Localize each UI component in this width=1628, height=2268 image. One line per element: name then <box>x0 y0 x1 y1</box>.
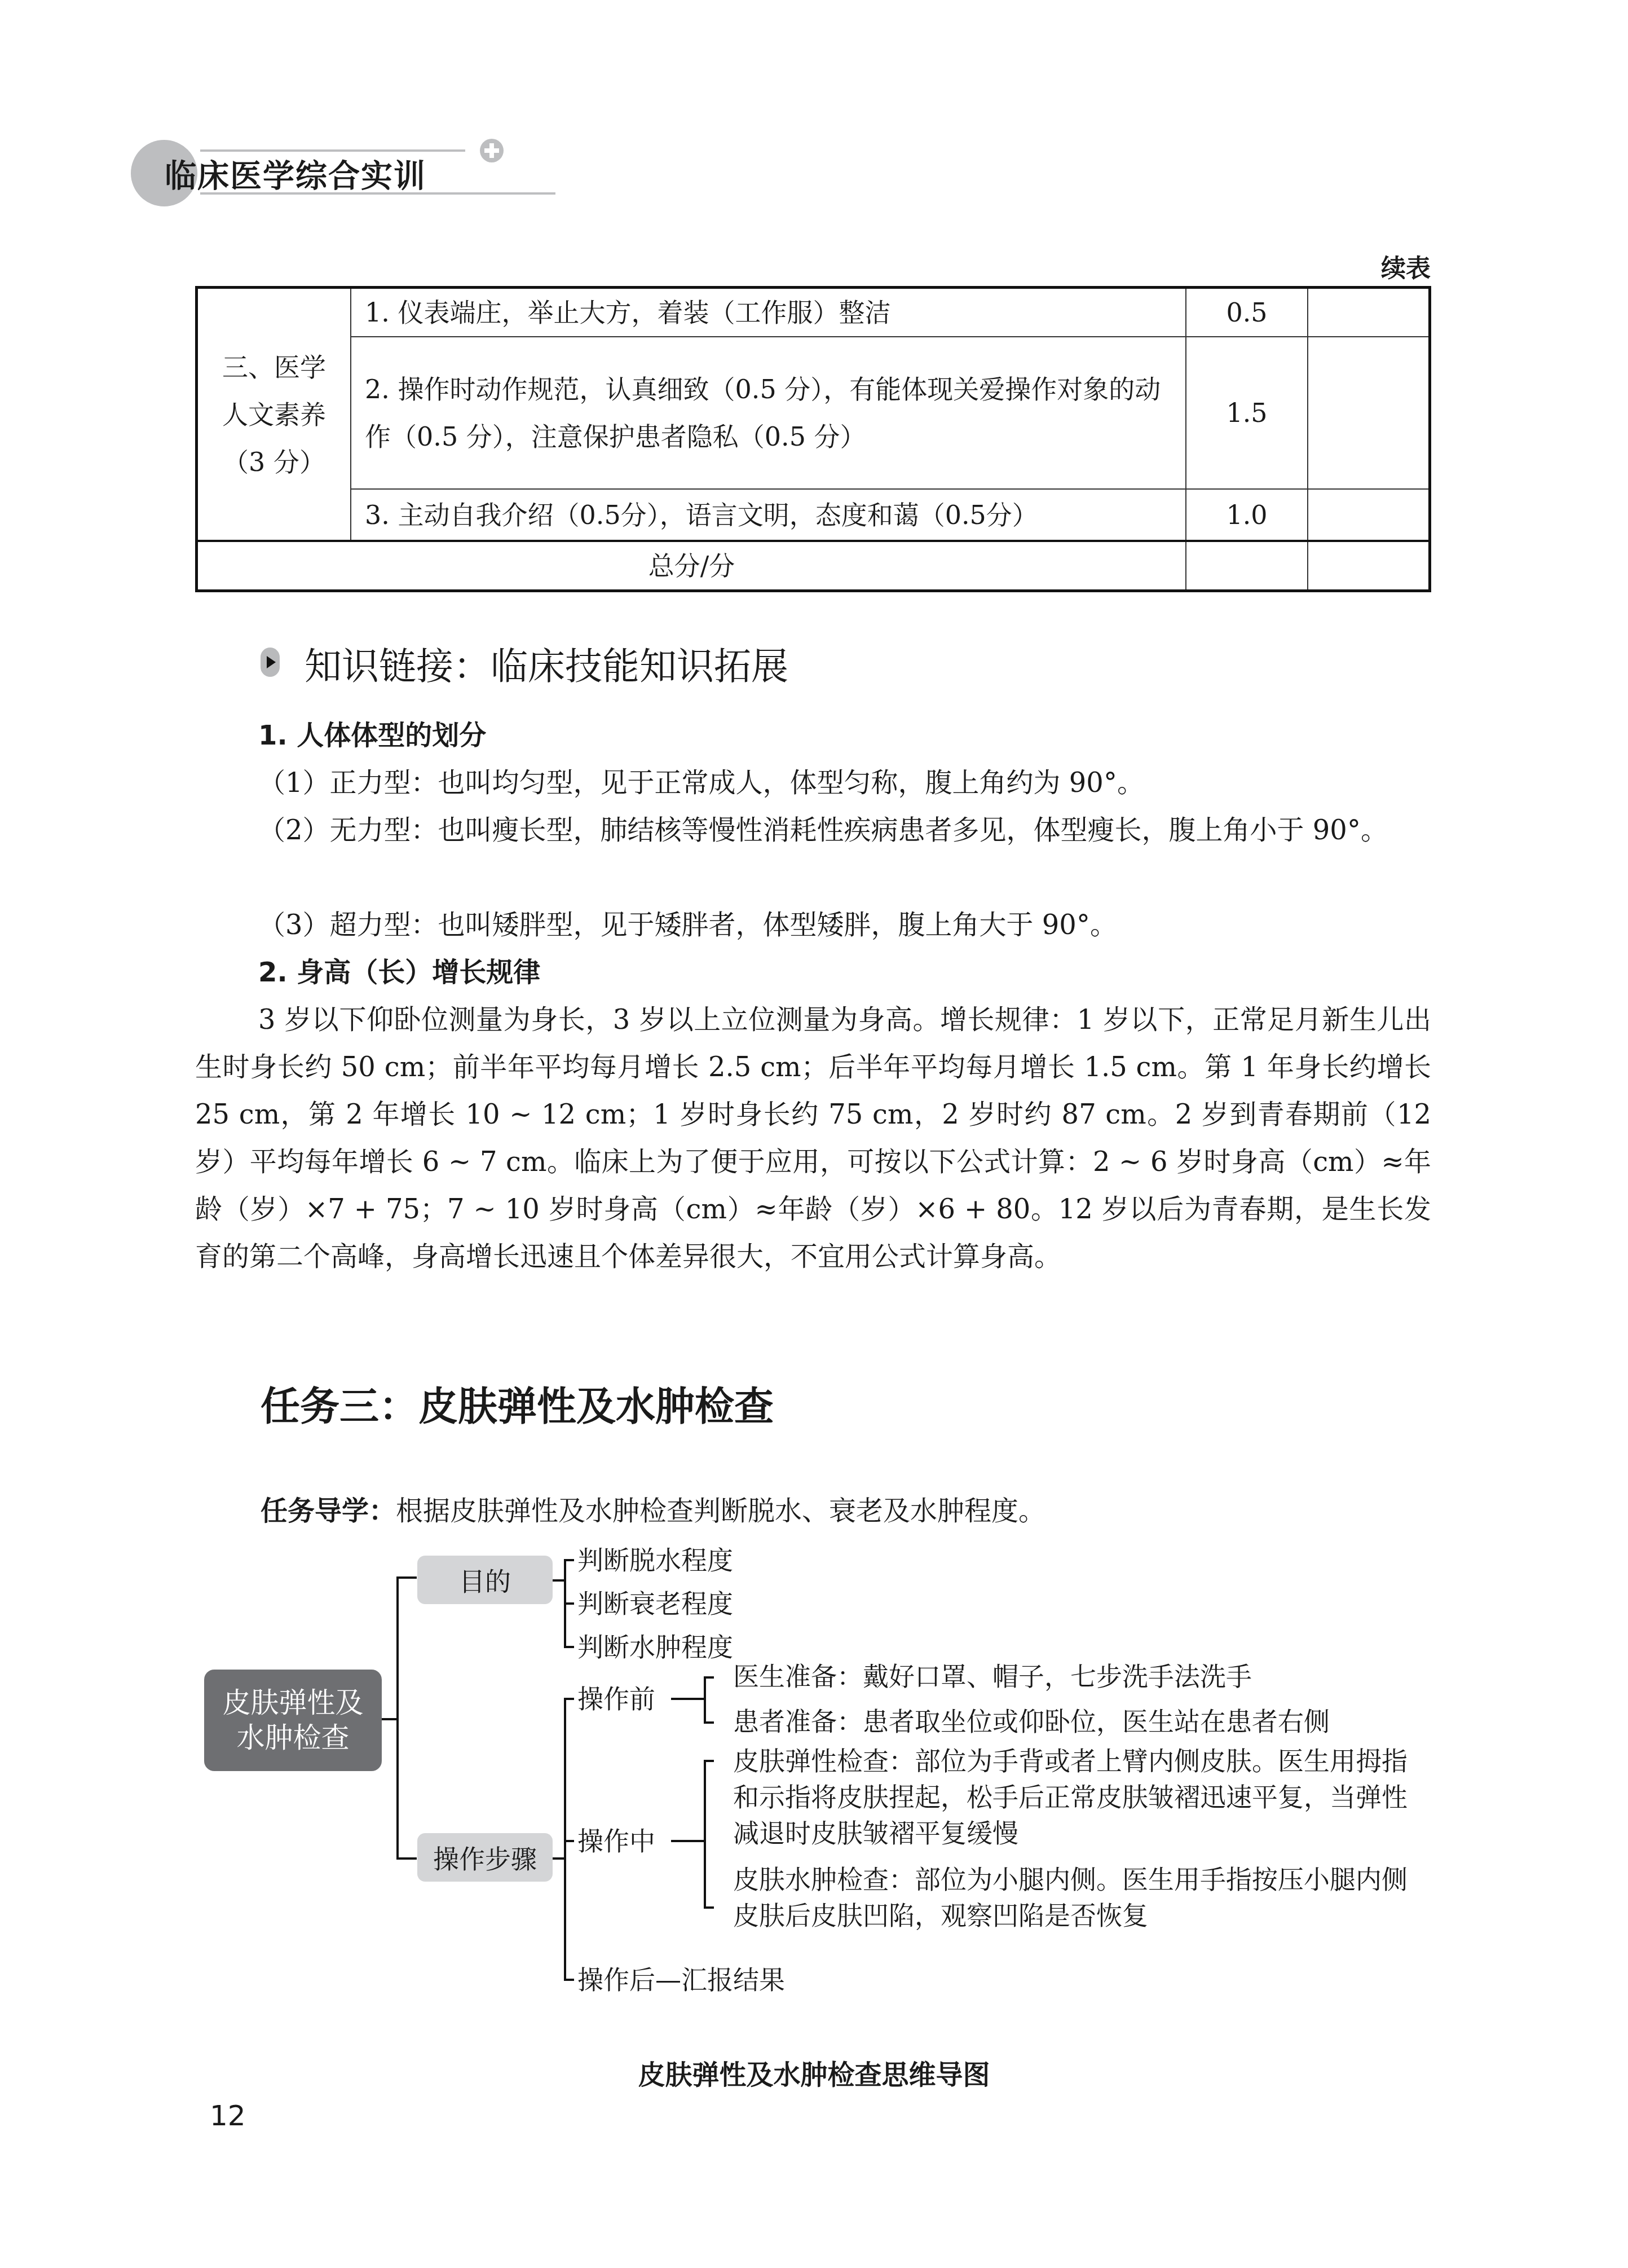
connector <box>564 1698 566 1981</box>
step-before-label: 操作前 <box>577 1681 655 1717</box>
root-line: 水肿检查 <box>223 1720 364 1755</box>
connector <box>564 1840 574 1842</box>
mindmap-branch-steps: 操作步骤 <box>417 1833 553 1882</box>
total-row: 总分/分 <box>197 541 1430 591</box>
connector <box>704 1760 706 1909</box>
total-score-cell <box>1186 541 1308 591</box>
connector <box>671 1840 705 1842</box>
connector <box>553 1857 565 1860</box>
mindmap-root-node: 皮肤弹性及 水肿检查 <box>204 1670 382 1771</box>
table-row: 3. 主动自我介绍（0.5分），语言文明，态度和蔼（0.5分） 1.0 <box>197 489 1430 541</box>
connector <box>382 1718 398 1720</box>
step-during-item: 皮肤水肿检查：部位为小腿内侧。医生用手指按压小腿内侧皮肤后皮肤凹陷，观察凹陷是否… <box>733 1861 1432 1934</box>
item-cell: 1. 仪表端庄，举止大方，着装（工作服）整洁 <box>351 288 1186 337</box>
book-title: 临床医学综合实训 <box>165 151 426 196</box>
category-line: 人文素养 <box>204 391 345 438</box>
section-heading: 2. 身高（长）增长规律 <box>258 949 1494 996</box>
category-line: 三、医学 <box>204 343 345 391</box>
task-guide-label: 任务导学： <box>261 1495 396 1527</box>
body-paragraph: （3）超力型：也叫矮胖型，见于矮胖者，体型矮胖，腹上角大于 90°。 <box>195 901 1431 949</box>
connector <box>564 1646 574 1648</box>
step-during-item: 皮肤弹性检查：部位为手背或者上臂内侧皮肤。医生用拇指和示指将皮肤捏起，松手后正常… <box>733 1743 1432 1851</box>
continued-table-label: 续表 <box>1381 248 1431 284</box>
table-row: 2. 操作时动作规范，认真细致（0.5 分），有能体现关爱操作对象的动作（0.5… <box>197 337 1430 489</box>
connector <box>564 1559 574 1561</box>
connector <box>704 1721 714 1724</box>
step-after-item: 汇报结果 <box>681 1965 785 1995</box>
task-title: 任务三：皮肤弹性及水肿检查 <box>261 1375 774 1432</box>
connector <box>704 1906 714 1909</box>
purpose-item: 判断衰老程度 <box>577 1586 733 1622</box>
connector <box>564 1602 574 1605</box>
total-result-cell <box>1308 541 1430 591</box>
connector <box>564 1979 574 1981</box>
body-paragraph: 3 岁以下仰卧位测量为身长，3 岁以上立位测量为身高。增长规律：1 岁以下，正常… <box>195 996 1431 1280</box>
medical-cross-icon <box>480 139 504 162</box>
section-heading: 1. 人体体型的划分 <box>258 712 1494 759</box>
mindmap-branch-purpose: 目的 <box>417 1556 553 1604</box>
total-label: 总分/分 <box>197 541 1186 591</box>
connector <box>671 1698 705 1700</box>
purpose-item: 判断脱水程度 <box>577 1542 733 1578</box>
table-row: 三、医学 人文素养 （3 分） 1. 仪表端庄，举止大方，着装（工作服）整洁 0… <box>197 288 1430 337</box>
connector <box>704 1676 706 1724</box>
connector <box>704 1760 714 1762</box>
score-table: 三、医学 人文素养 （3 分） 1. 仪表端庄，举止大方，着装（工作服）整洁 0… <box>195 286 1431 592</box>
body-paragraph: （2）无力型：也叫瘦长型，肺结核等慢性消耗性疾病患者多见，体型瘦长，腹上角小于 … <box>195 807 1431 854</box>
play-arrow-icon <box>261 648 280 677</box>
result-cell <box>1308 489 1430 541</box>
connector <box>396 1576 417 1579</box>
score-cell: 0.5 <box>1186 288 1308 337</box>
category-cell: 三、医学 人文素养 （3 分） <box>197 288 351 541</box>
score-cell: 1.5 <box>1186 337 1308 489</box>
purpose-item: 判断水肿程度 <box>577 1629 733 1665</box>
item-cell: 3. 主动自我介绍（0.5分），语言文明，态度和蔼（0.5分） <box>351 489 1186 541</box>
step-before-item: 患者准备：患者取坐位或仰卧位，医生站在患者右侧 <box>733 1703 1330 1739</box>
root-line: 皮肤弹性及 <box>223 1685 364 1720</box>
body-paragraph: （1）正力型：也叫均匀型，见于正常成人，体型匀称，腹上角约为 90°。 <box>195 759 1431 807</box>
step-after: 操作后—汇报结果 <box>577 1962 785 1998</box>
connector <box>553 1579 565 1582</box>
page-number: 12 <box>210 2099 246 2132</box>
result-cell <box>1308 337 1430 489</box>
figure-caption: 皮肤弹性及水肿检查思维导图 <box>0 2053 1628 2092</box>
task-guide-text: 根据皮肤弹性及水肿检查判断脱水、衰老及水肿程度。 <box>396 1495 1045 1527</box>
connector <box>704 1676 714 1679</box>
result-cell <box>1308 288 1430 337</box>
connector <box>396 1857 417 1860</box>
step-before-item: 医生准备：戴好口罩、帽子，七步洗手法洗手 <box>733 1658 1252 1694</box>
step-during-label: 操作中 <box>577 1823 655 1859</box>
connector <box>396 1576 399 1859</box>
connector <box>564 1698 574 1700</box>
category-line: （3 分） <box>204 438 345 486</box>
knowledge-link-title: 知识链接：临床技能知识拓展 <box>305 636 788 690</box>
step-after-label: 操作后 <box>577 1965 655 1995</box>
task-guide: 任务导学：根据皮肤弹性及水肿检查判断脱水、衰老及水肿程度。 <box>261 1489 1045 1528</box>
score-cell: 1.0 <box>1186 489 1308 541</box>
step-after-dash: — <box>655 1965 681 1995</box>
item-cell: 2. 操作时动作规范，认真细致（0.5 分），有能体现关爱操作对象的动作（0.5… <box>351 337 1186 489</box>
